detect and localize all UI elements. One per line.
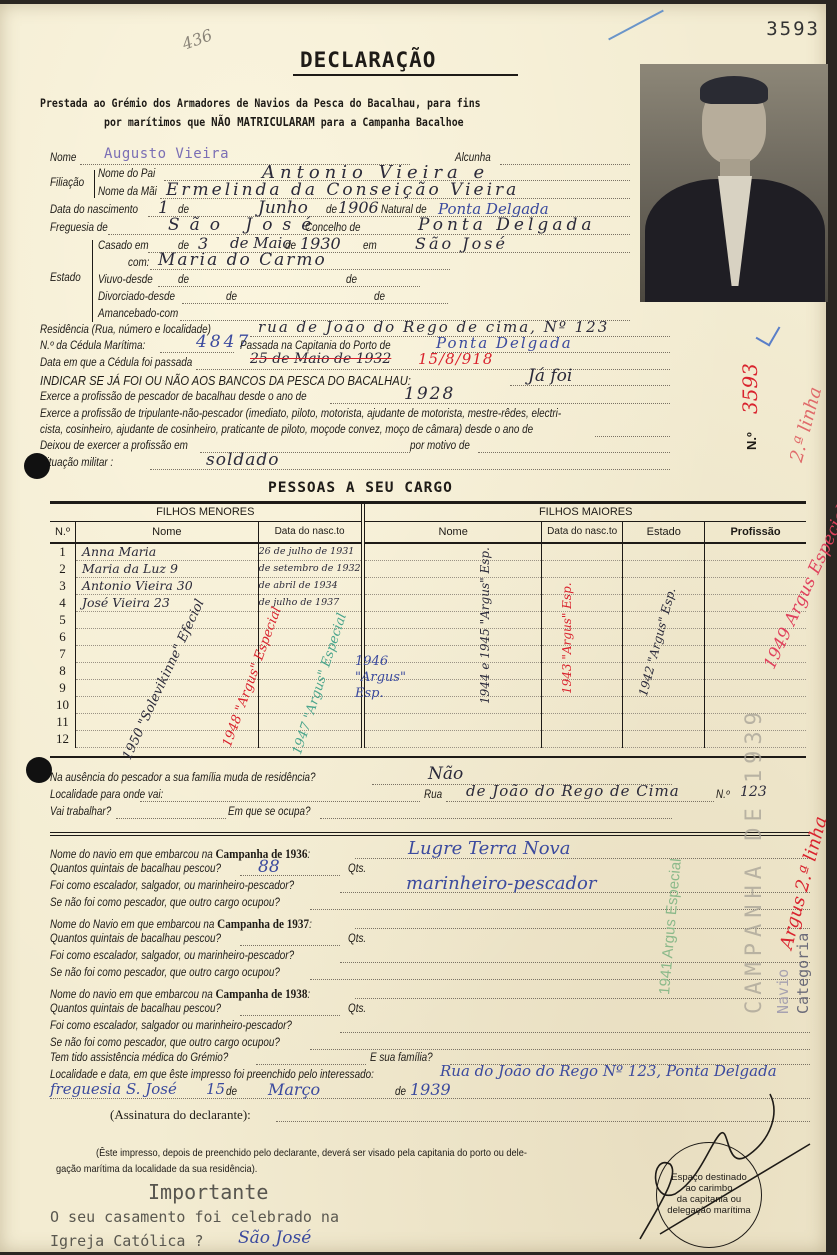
- child-name[interactable]: [75, 696, 258, 713]
- navio-label-pre: Nome do navio em que embarcou na: [50, 849, 215, 861]
- navio-label: Nome do Navio em que embarcou na Campanh…: [50, 916, 312, 932]
- viuvo-label: Viuvo-desde: [98, 274, 153, 286]
- quintais-label: Quantos quintais de bacalhau pescou?: [50, 863, 221, 875]
- row-number: 3: [50, 577, 75, 594]
- punch-hole-bottom: [26, 757, 52, 783]
- child-birthdate[interactable]: 26 de julho de 1931: [258, 543, 361, 560]
- familia-bottom-rule: [50, 832, 810, 833]
- adult-birthdate: [541, 611, 623, 628]
- adult-birthdate: [541, 628, 623, 645]
- viuvo-de-2: de: [346, 274, 357, 286]
- data-cedula-red[interactable]: 15/8/918: [418, 350, 493, 368]
- col-nome2: Nome: [365, 521, 542, 543]
- mae-label: Nome da Mãi: [98, 186, 157, 198]
- adult-birthdate: [541, 713, 623, 730]
- table-row: 5: [50, 611, 806, 628]
- estado-brace: [92, 240, 93, 322]
- subtitle-bold: NÃO MATRICULARAM: [211, 114, 315, 129]
- viuvo-de-1: de: [178, 274, 189, 286]
- bancos-value[interactable]: Já foi: [528, 366, 572, 386]
- com-label: com:: [128, 257, 149, 269]
- table-row: 6: [50, 628, 806, 645]
- adult-estado: [623, 713, 705, 730]
- importante-value[interactable]: São José: [238, 1228, 311, 1248]
- col-n: N.º: [50, 521, 75, 543]
- row-number: 5: [50, 611, 75, 628]
- concelho-label: Concelho de: [305, 222, 361, 234]
- qts-label: Qts.: [348, 1003, 366, 1015]
- child-birthdate[interactable]: [258, 662, 361, 679]
- adult-name: [365, 594, 542, 611]
- nome-value[interactable]: Augusto Vieira: [104, 146, 229, 162]
- cedula-label: N.º da Cédula Marítima:: [40, 340, 145, 352]
- com-value[interactable]: Maria do Carmo: [158, 250, 327, 270]
- subtitle-line-2: por marítimos que NÃO MATRICULARAM para …: [104, 114, 464, 129]
- adult-birthdate: [541, 543, 623, 560]
- adult-estado: [623, 696, 705, 713]
- blue-check: [756, 319, 781, 346]
- outro-cargo-label: Se não foi como pescador, que outro carg…: [50, 897, 280, 909]
- table-row: 12: [50, 730, 806, 747]
- adult-birthdate: [541, 594, 623, 611]
- navio-value[interactable]: Lugre Terra Nova: [408, 838, 570, 859]
- navio-label: Nome do navio em que embarcou na Campanh…: [50, 986, 310, 1002]
- qts-label: Qts.: [348, 933, 366, 945]
- de-1-final: de: [226, 1086, 237, 1098]
- familia-assistencia-label: E sua família?: [370, 1052, 433, 1064]
- adult-birthdate: [541, 696, 623, 713]
- nascimento-label: Data do nascimento: [50, 204, 138, 216]
- child-name[interactable]: Antonio Vieira 30: [75, 577, 258, 594]
- adult-estado: [623, 730, 705, 747]
- dia-value[interactable]: 15: [206, 1080, 225, 1098]
- data-cedula-struck[interactable]: 25 de Maio de 1932: [250, 351, 391, 367]
- navio-label-pre: Nome do navio em que embarcou na: [50, 989, 215, 1001]
- adult-name: [365, 611, 542, 628]
- dependents-table: FILHOS MENORES FILHOS MAIORES N.º Nome D…: [50, 504, 806, 748]
- familia-bottom-rule-2: [50, 835, 810, 836]
- child-birthdate[interactable]: de setembro de 1932: [258, 560, 361, 577]
- official-signature: [620, 1084, 820, 1254]
- casado-place[interactable]: São José: [415, 234, 508, 253]
- local-data-value[interactable]: Rua do João do Rego Nº 123, Ponta Delgad…: [440, 1062, 777, 1080]
- cargo-title: PESSOAS A SEU CARGO: [268, 480, 453, 496]
- divorciado-label: Divorciado-desde: [98, 291, 175, 303]
- pai-label: Nome do Pai: [98, 168, 155, 180]
- portrait-photo: [640, 64, 828, 302]
- ocupa-label: Em que se ocupa?: [228, 806, 310, 818]
- filiacao-label: Filiação: [50, 177, 84, 189]
- adult-estado: [623, 662, 705, 679]
- table-row: 11: [50, 713, 806, 730]
- col-data: Data do nasc.to: [258, 521, 361, 543]
- divorciado-de-1: de: [226, 291, 237, 303]
- assinatura-label: (Assinatura do declarante):: [110, 1107, 251, 1123]
- child-name[interactable]: José Vieira 23: [75, 594, 258, 611]
- adult-birthdate: [541, 662, 623, 679]
- funcao-value[interactable]: marinheiro-pescador: [406, 873, 596, 894]
- child-name[interactable]: [75, 611, 258, 628]
- adult-estado: [623, 543, 705, 560]
- annotation-1943: 1943 "Argus" Esp.: [560, 582, 574, 694]
- row-number: 1: [50, 543, 75, 560]
- col-estado: Estado: [623, 521, 705, 543]
- margin-green-note: 1941 Argus Especial: [656, 858, 685, 996]
- rua-value[interactable]: de João do Rego de Cima: [466, 782, 680, 800]
- subtitle-line-1: Prestada ao Grémio dos Armadores de Navi…: [40, 96, 481, 110]
- adult-profissao: [705, 662, 806, 679]
- pescador-desde-value[interactable]: 1928: [404, 384, 455, 404]
- adult-birthdate: [541, 577, 623, 594]
- importante-line-1: O seu casamento foi celebrado na: [50, 1208, 339, 1226]
- declaration-form: 436 3593 DECLARAÇÃO Prestada ao Grémio d…: [0, 4, 826, 1252]
- outro-cargo-label: Se não foi como pescador, que outro carg…: [50, 1037, 280, 1049]
- subtitle-post: para a Campanha Bacalhoe: [315, 115, 464, 129]
- concelho-value[interactable]: Ponta Delgada: [418, 215, 595, 235]
- freguesia-value[interactable]: São José: [168, 215, 321, 235]
- adult-birthdate: [541, 560, 623, 577]
- table-row: 1Anna Maria26 de julho de 1931: [50, 543, 806, 560]
- nascimento-year[interactable]: 1906: [338, 198, 379, 217]
- child-name[interactable]: Anna Maria: [75, 543, 258, 560]
- freguesia-value-final[interactable]: freguesia S. José: [50, 1080, 177, 1098]
- navio-label-bold: Campanha de 1937: [217, 916, 309, 931]
- table-row: 4José Vieira 23de julho de 1937: [50, 594, 806, 611]
- militar-value[interactable]: soldado: [206, 450, 280, 470]
- importante-title: Importante: [148, 1180, 268, 1204]
- deixou-label: Deixou de exercer a profissão em: [40, 440, 188, 452]
- funcao-label: Foi como escalador, salgador ou marinhei…: [50, 1020, 292, 1032]
- child-name[interactable]: Maria da Luz 9: [75, 560, 258, 577]
- adult-profissao: [705, 543, 806, 560]
- importante-line-2: Igreja Católica ?: [50, 1232, 204, 1250]
- navio-stamp-label: Navio: [774, 969, 792, 1014]
- subtitle-pre: por marítimos que: [104, 115, 211, 129]
- punch-hole-top: [24, 453, 50, 479]
- row-number: 11: [50, 713, 75, 730]
- casado-em: em: [363, 240, 377, 252]
- nota-line-1: (Êste impresso, depois de preenchido pel…: [96, 1147, 527, 1159]
- assistencia-label: Tem tido assistência médica do Grémio?: [50, 1052, 228, 1064]
- bancos-label: INDICAR SE JÁ FOI OU NÃO AOS BANCOS DA P…: [40, 373, 411, 388]
- adult-profissao: [705, 645, 806, 662]
- navio-label-bold: Campanha de 1938: [215, 986, 307, 1001]
- adult-name: [365, 730, 542, 747]
- quintais-label: Quantos quintais de bacalhau pescou?: [50, 933, 221, 945]
- militar-label: Situação militar :: [40, 457, 113, 469]
- annotation-1946: 1946 "Argus" Esp.: [355, 654, 435, 702]
- adult-estado: [623, 645, 705, 662]
- adult-estado: [623, 560, 705, 577]
- freguesia-label: Freguesia de: [50, 222, 108, 234]
- outro-cargo-label: Se não foi como pescador, que outro carg…: [50, 967, 280, 979]
- ano-value[interactable]: 1939: [410, 1080, 451, 1099]
- page-title: DECLARAÇÃO: [300, 48, 436, 72]
- row-number: 7: [50, 645, 75, 662]
- divorciado-de-2: de: [374, 291, 385, 303]
- tripulante-label-2: cista, cosinheiro, ajudante de cosinheir…: [40, 424, 533, 436]
- rua-label: Rua: [424, 789, 442, 801]
- tripulante-label-1: Exerce a profissão de tripulante-não-pes…: [40, 408, 561, 420]
- qts-label: Qts.: [348, 863, 366, 875]
- pescador-desde-label: Exerce a profissão de pescador de bacalh…: [40, 391, 307, 403]
- nome-label: Nome: [50, 152, 76, 164]
- campanha-stamp: CAMPANHA DE 1939: [742, 706, 767, 1014]
- nota-line-2: gação marítima da localidade da sua resi…: [56, 1163, 257, 1175]
- table-row: 3Antonio Vieira 30de abril de 1934: [50, 577, 806, 594]
- funcao-label: Foi como escalador, salgador, ou marinhe…: [50, 880, 294, 892]
- quintais-label: Quantos quintais de bacalhau pescou?: [50, 1003, 221, 1015]
- maiores-header: FILHOS MAIORES: [365, 504, 806, 521]
- side-number-label: N.º: [744, 432, 759, 450]
- child-birthdate[interactable]: [258, 645, 361, 662]
- row-number: 8: [50, 662, 75, 679]
- amancebado-label: Amancebado-com: [98, 308, 178, 320]
- col-data2: Data do nasc.to: [541, 521, 623, 543]
- row-number: 6: [50, 628, 75, 645]
- casado-label: Casado em: [98, 240, 149, 252]
- adult-birthdate: [541, 679, 623, 696]
- residencia-label: Residência (Rua, número e localidade): [40, 324, 211, 336]
- de-2-final: de: [395, 1086, 406, 1098]
- adult-name: [365, 628, 542, 645]
- estado-label: Estado: [50, 272, 81, 284]
- nascimento-de-2: de: [326, 204, 337, 216]
- child-name[interactable]: [75, 628, 258, 645]
- filiacao-brace: [94, 170, 95, 198]
- cargo-bottom-rule: [50, 756, 806, 758]
- adult-profissao: [705, 577, 806, 594]
- adult-name: [365, 560, 542, 577]
- title-underline: [293, 74, 518, 76]
- side-note: 2.ª linha: [786, 385, 826, 465]
- row-number: 10: [50, 696, 75, 713]
- mae-value[interactable]: Ermelinda da Conseição Vieira: [166, 180, 519, 200]
- adult-name: [365, 577, 542, 594]
- row-number: 2: [50, 560, 75, 577]
- motivo-label: por motivo de: [410, 440, 470, 452]
- ausencia-label: Na ausência do pescador a sua família mu…: [50, 772, 316, 784]
- funcao-label: Foi como escalador, salgador, ou marinhe…: [50, 950, 294, 962]
- annotation-1944: 1944 e 1945 "Argus" Esp.: [478, 547, 492, 704]
- quintais-value[interactable]: 88: [258, 857, 280, 877]
- side-number-value[interactable]: 3593: [738, 363, 762, 414]
- adult-birthdate: [541, 730, 623, 747]
- mes-value[interactable]: Março: [268, 1080, 320, 1099]
- pencil-note: 436: [180, 25, 215, 53]
- menores-header: FILHOS MENORES: [50, 504, 361, 521]
- navio-label-pre: Nome do Navio em que embarcou na: [50, 919, 217, 931]
- data-cedula-label: Data em que a Cédula foi passada: [40, 357, 192, 369]
- row-number: 12: [50, 730, 75, 747]
- child-birthdate[interactable]: de abril de 1934: [258, 577, 361, 594]
- adult-profissao: [705, 679, 806, 696]
- adult-name: [365, 543, 542, 560]
- adult-profissao: [705, 560, 806, 577]
- col-nome: Nome: [75, 521, 258, 543]
- blue-check-stroke: [608, 10, 664, 41]
- trabalhar-label: Vai trabalhar?: [50, 806, 111, 818]
- row-number: 4: [50, 594, 75, 611]
- adult-name: [365, 713, 542, 730]
- table-row: 2Maria da Luz 9de setembro de 1932: [50, 560, 806, 577]
- adult-birthdate: [541, 645, 623, 662]
- localidade-label: Localidade para onde vai:: [50, 789, 163, 801]
- row-number: 9: [50, 679, 75, 696]
- familia-numero-label: N.º: [716, 789, 730, 801]
- photo-hair: [700, 76, 768, 104]
- col-profissao: Profissão: [705, 521, 806, 543]
- corner-number: 3593: [766, 18, 820, 40]
- ausencia-value[interactable]: Não: [428, 764, 463, 784]
